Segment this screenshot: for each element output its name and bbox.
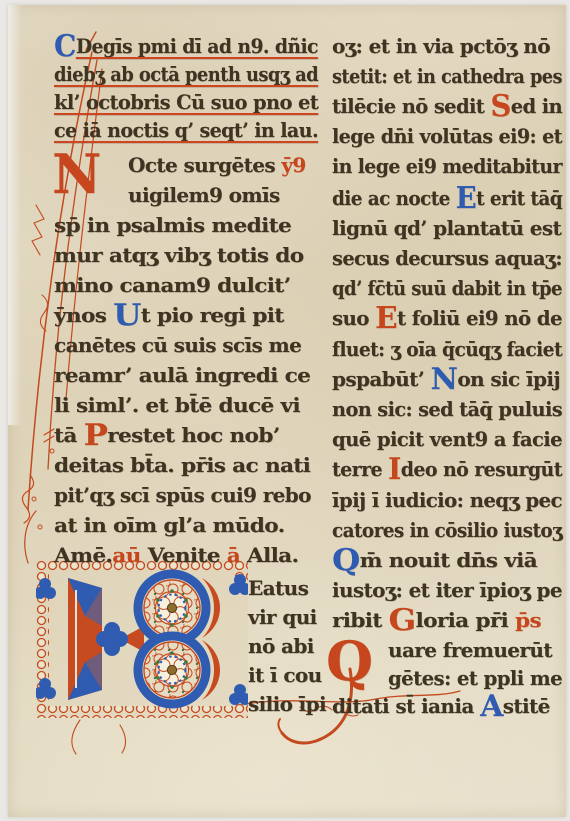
text-segment: reamr’ aulā ingredi ce xyxy=(54,363,310,387)
left-column-line: kl’ octobris Cū suo pno et xyxy=(54,89,318,115)
right-column-line: īpij ī iudicio: neqʒ pec xyxy=(332,487,562,513)
text-segment: secus decursus aquaʒ: xyxy=(332,246,562,270)
text-segment: t foliū ei9 nō de xyxy=(397,306,562,330)
text-segment: tā xyxy=(54,423,84,447)
manuscript-photo: B xyxy=(0,0,570,821)
text-segment: mino canam9 dulcit’ xyxy=(54,273,291,297)
text-segment: lignū qd’ plantatū est xyxy=(332,216,561,240)
left-column-line: diebʒ ab octā penth usqʒ ad xyxy=(54,61,318,87)
text-segment: Degīs pmi dī ad n9. dñic xyxy=(76,34,318,58)
left-column-line: canētes cū suis scīs me xyxy=(54,332,301,358)
text-segment: ȳnos xyxy=(54,303,113,327)
left-column-line: deitas bt̄a. pr̄is ac nati xyxy=(54,452,310,478)
versal-initial: N xyxy=(430,362,457,397)
side-text-line: silio īpi xyxy=(248,691,326,717)
right-column-line: Qm̄ nouit dn̄s viā xyxy=(332,547,537,573)
left-column-line: li siml’. et bt̄ē ducē vi xyxy=(54,392,300,418)
text-segment: deitas bt̄a. pr̄is ac nati xyxy=(54,453,310,477)
text-segment: Venite xyxy=(148,543,227,567)
left-column-line: reamr’ aulā ingredi ce xyxy=(54,362,310,388)
versal-initial: E xyxy=(456,181,476,216)
text-segment: kl’ octobris Cū suo pno et xyxy=(54,90,318,114)
text-segment: it ī cou xyxy=(248,663,322,687)
parchment-page: B xyxy=(8,5,566,817)
text-segment: qd’ fc̄tū suū dabit in tp̄e xyxy=(332,276,562,300)
text-segment: pit’qʒ scī spūs cui9 rebo xyxy=(54,483,311,507)
left-column-line: ȳnos Ut pio regi pit xyxy=(54,302,284,328)
right-column-line: iustoʒ: et iter īpioʒ pe xyxy=(332,577,562,603)
text-segment: pspabūt’ xyxy=(332,367,430,391)
text-segment: stetit: et in cathedra pes xyxy=(332,64,562,88)
text-segment: on sic īpij xyxy=(457,367,560,391)
versal-initial: A xyxy=(480,689,503,724)
text-segment: fluet: ʒ oīa q̄cūqʒ faciet xyxy=(332,337,562,361)
text-segment: diebʒ ab octā penth usqʒ ad xyxy=(54,62,318,86)
right-column-line: terre Ideo nō resurgūt xyxy=(332,456,562,482)
versal-initial: S xyxy=(490,89,510,124)
text-segment: restet hoc nob’ xyxy=(107,423,279,447)
text-segment: quē picit vent9 a facie xyxy=(332,427,562,451)
right-column-line: die ac nocte Et erit tāq̄ xyxy=(332,185,562,211)
left-column-line: Amē.aū Venite ā Alla. xyxy=(54,542,298,568)
right-column-line: fluet: ʒ oīa q̄cūqʒ faciet xyxy=(332,336,562,362)
right-column-line: non sic: sed tāq̄ puluis xyxy=(332,396,562,422)
right-column-line: gētes: et ppli me xyxy=(388,665,562,691)
left-column-line: Octe surgētes ȳ9 xyxy=(128,152,306,178)
drop-cap-Q: Q xyxy=(326,633,373,689)
left-column-line: at in oīm gl’a mūdo. xyxy=(54,512,285,538)
left-column-line: CDegīs pmi dī ad n9. dñic xyxy=(54,33,318,59)
right-column-line: tilēcie nō sedit Sed in xyxy=(332,93,562,119)
versal-initial: E xyxy=(375,301,397,336)
right-column-line: quē picit vent9 a facie xyxy=(332,426,562,452)
text-segment: sp̄ in psalmis medite xyxy=(54,213,291,237)
text-segment: t pio regi pit xyxy=(141,303,284,327)
text-segment: lege dn̄i volūtas ei9: et xyxy=(332,124,562,148)
side-text-line: vir qui xyxy=(248,604,317,630)
left-column-line: uigilem9 omīs xyxy=(128,182,280,208)
versal-initial: U xyxy=(113,298,141,333)
text-segment: uigilem9 omīs xyxy=(128,183,280,207)
text-segment: p̄s xyxy=(515,608,541,632)
versal-initial: C xyxy=(54,29,76,64)
text-segment: canētes cū suis scīs me xyxy=(54,333,301,357)
left-column-line: mino canam9 dulcit’ xyxy=(54,272,291,298)
text-segment: tilēcie nō sedit xyxy=(332,94,490,118)
versal-initial: G xyxy=(389,603,416,638)
text-segment: loria pr̄i xyxy=(416,608,515,632)
text-segment: Alla. xyxy=(247,543,298,567)
text-segment: non sic: sed tāq̄ puluis xyxy=(332,397,562,421)
left-column-line: tā Prestet hoc nob’ xyxy=(54,422,280,448)
text-segment: t erit tāq̄ xyxy=(476,186,562,210)
right-column-line: ditati st̄ iania Astitē xyxy=(332,693,550,719)
left-column-line: ce iā noctis q’ seqt’ in lau. xyxy=(54,117,318,143)
versal-initial: P xyxy=(84,418,108,453)
text-segment: ā xyxy=(227,543,247,567)
drop-cap-N: N xyxy=(52,146,101,202)
text-segment: stitē xyxy=(503,694,550,718)
text-segment: silio īpi xyxy=(248,692,326,716)
left-column-line: mur atqʒ vibʒ totis do xyxy=(54,242,303,268)
text-segment: ȳ9 xyxy=(275,153,306,177)
left-column-line: pit’qʒ scī spūs cui9 rebo xyxy=(54,482,311,508)
right-column-line: lignū qd’ plantatū est xyxy=(332,215,561,241)
text-segment: at in oīm gl’a mūdo. xyxy=(54,513,285,537)
text-segment: terre xyxy=(332,457,388,481)
text-segment: iustoʒ: et iter īpioʒ pe xyxy=(332,578,562,602)
text-segment: ditati st̄ iania xyxy=(332,694,480,718)
side-text-line: Eatus xyxy=(248,575,308,601)
text-segment: in lege ei9 meditabitur xyxy=(332,154,562,178)
versal-initial: I xyxy=(388,452,401,487)
text-segment: gētes: et ppli me xyxy=(388,666,562,690)
right-column-line: suo Et foliū ei9 nō de xyxy=(332,305,562,331)
text-segment: uare fremuerūt xyxy=(388,638,552,662)
text-segment: die ac nocte xyxy=(332,186,456,210)
text-segment: ed in xyxy=(511,94,562,118)
right-column-line: oʒ: et in via pctōʒ nō xyxy=(332,33,550,59)
side-text-line: nō abi xyxy=(248,633,314,659)
text-segment: īpij ī iudicio: neqʒ pec xyxy=(332,488,562,512)
text-segment: mur atqʒ vibʒ totis do xyxy=(54,243,303,267)
text-segment: m̄ nouit dn̄s viā xyxy=(360,548,537,572)
text-segment: vir qui xyxy=(248,605,317,629)
text-segment: li siml’. et bt̄ē ducē vi xyxy=(54,393,300,417)
text-segment: catores in cōsilio iustoʒ xyxy=(332,518,562,542)
versal-initial: Q xyxy=(332,543,360,578)
right-column-line: qd’ fc̄tū suū dabit in tp̄e xyxy=(332,275,562,301)
text-segment: aū xyxy=(112,543,147,567)
text-segment: Octe surgētes xyxy=(128,153,275,177)
text-segment: suo xyxy=(332,306,375,330)
text-segment: oʒ: et in via pctōʒ nō xyxy=(332,34,550,58)
side-text-line: it ī cou xyxy=(248,662,322,688)
right-column-line: pspabūt’ Non sic īpij xyxy=(332,366,560,392)
right-column-line: catores in cōsilio iustoʒ xyxy=(332,517,562,543)
left-column-line: sp̄ in psalmis medite xyxy=(54,212,291,238)
text-segment: Eatus xyxy=(248,576,308,600)
right-column-line: lege dn̄i volūtas ei9: et xyxy=(332,123,562,149)
text-segment: Amē. xyxy=(54,543,112,567)
text-segment: nō abi xyxy=(248,634,314,658)
text-layer: CDegīs pmi dī ad n9. dñicdiebʒ ab octā p… xyxy=(8,5,566,817)
right-column-line: secus decursus aquaʒ: xyxy=(332,245,562,271)
text-segment: deo nō resurgūt xyxy=(401,457,562,481)
right-column-line: in lege ei9 meditabitur xyxy=(332,153,562,179)
text-segment: ce iā noctis q’ seqt’ in lau. xyxy=(54,118,318,142)
right-column-line: uare fremuerūt xyxy=(388,637,552,663)
right-column-line: stetit: et in cathedra pes xyxy=(332,63,562,89)
